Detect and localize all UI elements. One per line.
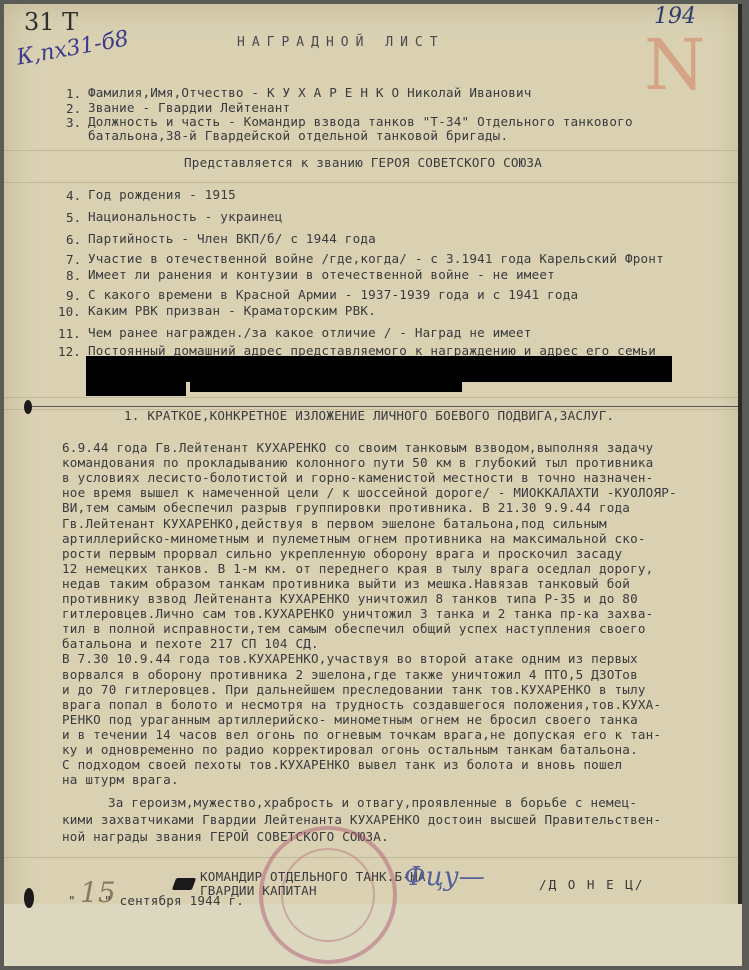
ink-mark [172,878,196,890]
body-line: в условиях лесисто-болотистой и горно-ка… [62,471,653,485]
body-line: ное время вышел к намеченной цели / к шо… [62,486,677,500]
ink-blot-bottom [24,888,34,908]
body-line: батальона и пехоте 217 СП 104 СД. [62,637,319,651]
field-number: 7. [66,252,81,267]
body-line: артиллерийско-минометным и пулеметным ог… [62,532,646,546]
body-line: С подходом своей пехоты тов.КУХАРЕНКО вы… [62,758,622,772]
body-line: Гв.Лейтенант КУХАРЕНКО,действуя в первом… [62,517,607,531]
body-line: и до 70 гитлеровцев. При дальнейшем прес… [62,683,646,697]
award-sheet: 31 Т К,пх31-б8 194 N НАГРАДНОЙ ЛИСТ 1.Фа… [4,4,742,966]
body-line: ворвался в оборону противника 2 эшелона,… [62,668,638,682]
redacted-address-block-2 [86,376,186,396]
nomination-line: Представляется к званию ГЕРОЯ СОВЕТСКОГО… [184,156,542,170]
body-line: противнику взвод Лейтенанта КУХАРЕНКО ун… [62,592,638,606]
field-text: Чем ранее награжден./за какое отличие / … [88,326,532,340]
conclusion-line: За героизм,мужество,храбрость и отвагу,п… [108,796,637,810]
field-text: Имеет ли ранения и контузии в отечествен… [88,268,555,282]
separator-line [26,406,738,407]
field-text: Каким РВК призван - Краматорским РВК. [88,304,376,318]
field-number: 3. [66,115,81,130]
field-number: 11. [58,326,81,341]
body-line: ку и одновременно по радио корректировал… [62,743,638,757]
field-number: 10. [58,304,81,319]
body-line: врага попал в болото и несмотря на трудн… [62,698,661,712]
field-number: 2. [66,101,81,116]
signatory-name: /Д О Н Е Ц/ [539,878,644,892]
document-title: НАГРАДНОЙ ЛИСТ [237,36,445,50]
body-line: недав таким образом танкам противника вы… [62,577,630,591]
page-edge [738,4,742,904]
field-text: С какого времени в Красной Армии - 1937-… [88,288,578,302]
field-number: 1. [66,86,81,101]
field-text: Партийность - Член ВКП/б/ с 1944 года [88,232,376,246]
field-text: Участие в отечественной войне /где,когда… [88,252,664,266]
body-line: тил в полной исправности,тем самым обесп… [62,622,646,636]
handwritten-note-top-left: 31 Т [24,8,78,36]
field-number: 12. [58,344,81,359]
body-line: на штурм врага. [62,773,179,787]
field-text: Год рождения - 1915 [88,188,236,202]
date-text: " сентября 1944 г. [104,894,244,908]
red-pencil-mark: N [644,24,705,106]
field-number: 9. [66,288,81,303]
field-number: 5. [66,210,81,225]
body-line: В 7.30 10.9.44 года тов.КУХАРЕНКО,участв… [62,652,638,666]
body-line: 12 немецких танков. В 1-м км. от передне… [62,562,653,576]
body-line: гитлеровцев.Лично сам тов.КУХАРЕНКО унич… [62,607,653,621]
body-line: командования по прокладыванию колонного … [62,456,653,470]
redacted-address-block-3 [190,376,462,392]
body-line: и в течении 14 часов вел огонь по огневы… [62,728,661,742]
field-number: 8. [66,268,81,283]
field-number: 6. [66,232,81,247]
body-line: 6.9.44 года Гв.Лейтенант КУХАРЕНКО со св… [62,441,653,455]
field-text: Фамилия,Имя,Отчество - К У Х А Р Е Н К О… [88,86,532,100]
conclusion-line: кими захватчиками Гвардии Лейтенанта КУХ… [62,813,661,827]
field-text: Должность и часть - Командир взвода танк… [88,115,633,129]
section-heading: 1. КРАТКОЕ,КОНКРЕТНОЕ ИЗЛОЖЕНИЕ ЛИЧНОГО … [124,409,614,423]
field-text: Звание - Гвардии Лейтенант [88,101,290,115]
ink-blot [24,400,32,414]
date-open-quote: " [68,894,76,908]
field-text: батальона,38-й Гвардейской отдельной тан… [88,129,508,143]
field-number: 4. [66,188,81,203]
body-line: РЕНКО под ураганным артиллерийско- мином… [62,713,638,727]
body-line: ВИ,тем самым обеспечил разрыв группировк… [62,501,630,515]
body-line: рости первым прорвал сильно укрепленную … [62,547,622,561]
signatory-position-1: КОМАНДИР ОТДЕЛЬНОГО ТАНК.Б-НА [200,870,426,884]
handwritten-signature: Фцу— [404,862,485,892]
field-text: Национальность - украинец [88,210,283,224]
